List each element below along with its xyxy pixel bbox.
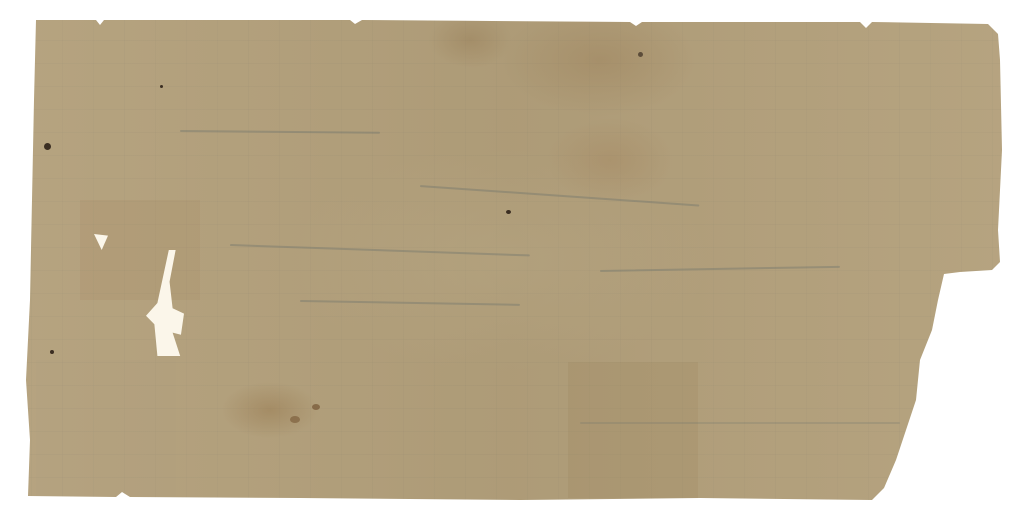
ink-spot (160, 85, 163, 88)
crack-line (230, 244, 530, 256)
stain-spot (290, 416, 300, 423)
ink-spot (638, 52, 643, 57)
aged-paper-sheet (0, 0, 1024, 524)
stain-patch (80, 200, 200, 300)
ink-spot (506, 210, 511, 214)
faded-patch (36, 360, 176, 496)
crack-line (580, 422, 900, 424)
crack-line (600, 266, 840, 272)
darker-patch (568, 362, 698, 498)
ink-spot (44, 143, 51, 150)
stain-spot (312, 404, 320, 410)
crack-line (300, 300, 520, 306)
photo-canvas (0, 0, 1024, 524)
ink-spot (50, 350, 54, 354)
crack-line (420, 185, 699, 207)
crack-line (180, 130, 380, 134)
